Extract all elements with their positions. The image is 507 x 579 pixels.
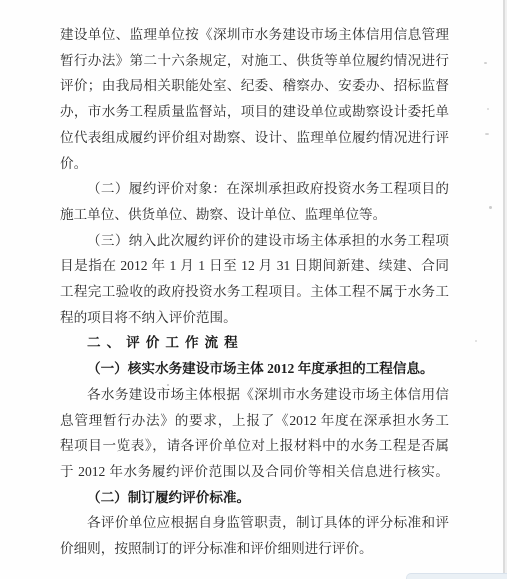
text-line: 于 2012 年水务履约评价范围以及合同价等相关信息进行核实。 <box>60 459 449 485</box>
text-line: 价细则，按照制订的评分标准和评价细则进行评价。 <box>60 536 449 562</box>
text-line: 价。 <box>60 151 449 177</box>
text-line: 位代表组成履约评价组对勘察、设计、监理单位履约情况进行评 <box>60 125 449 151</box>
text-line: 程项目一览表》，请各评价单位对上报材料中的水务工程是否属 <box>60 433 449 459</box>
text-line: 施工单位、供货单位、勘察、设计单位、监理单位等。 <box>60 202 449 228</box>
text-line: （三）纳入此次履约评价的建设市场主体承担的水务工程项 <box>60 228 449 254</box>
text-line: 各水务建设市场主体根据《深圳市水务建设市场主体信用信 <box>60 382 449 408</box>
text-line: 办，市水务工程质量监督站，项目的建设单位或勘察设计委托单 <box>60 99 449 125</box>
scan-speck <box>489 206 492 209</box>
section-heading: 二、评价工作流程 <box>60 330 449 356</box>
text-line: 程的项目将不纳入评价范围。 <box>60 305 449 331</box>
text-line: 暂行办法》第二十六条规定，对施工、供货等单位履约情况进行 <box>60 48 449 74</box>
text-line: 各评价单位应根据自身监管职责，制订具体的评分标准和评 <box>60 510 449 536</box>
text-line: 目是指在 2012 年 1 月 1 日至 12 月 31 日期间新建、续建、合同 <box>60 253 449 279</box>
text-line: （二）履约评价对象：在深圳承担政府投资水务工程项目的 <box>60 176 449 202</box>
document-text-block: 建设单位、监理单位按《深圳市水务建设市场主体信用信息管理 暂行办法》第二十六条规… <box>60 22 449 562</box>
scan-speck <box>487 108 489 110</box>
scan-speck <box>485 133 489 135</box>
scan-speck <box>475 340 477 342</box>
document-page: 建设单位、监理单位按《深圳市水务建设市场主体信用信息管理 暂行办法》第二十六条规… <box>0 0 507 579</box>
text-line: 工程完工验收的政府投资水务工程项目。主体工程不属于水务工 <box>60 279 449 305</box>
text-line: 评价；由我局相关职能处室、纪委、稽察办、安委办、招标监督 <box>60 73 449 99</box>
subsection-heading: （二）制订履约评价标准。 <box>60 485 449 511</box>
subsection-heading: （一）核实水务建设市场主体 2012 年度承担的工程信息。 <box>60 356 449 382</box>
text-line: 息管理暂行办法》的要求，上报了《2012 年度在深承担水务工 <box>60 408 449 434</box>
bottom-right-overlay <box>406 573 507 579</box>
scan-speck <box>167 384 169 386</box>
scan-speck <box>484 62 487 64</box>
text-line: 建设单位、监理单位按《深圳市水务建设市场主体信用信息管理 <box>60 22 449 48</box>
